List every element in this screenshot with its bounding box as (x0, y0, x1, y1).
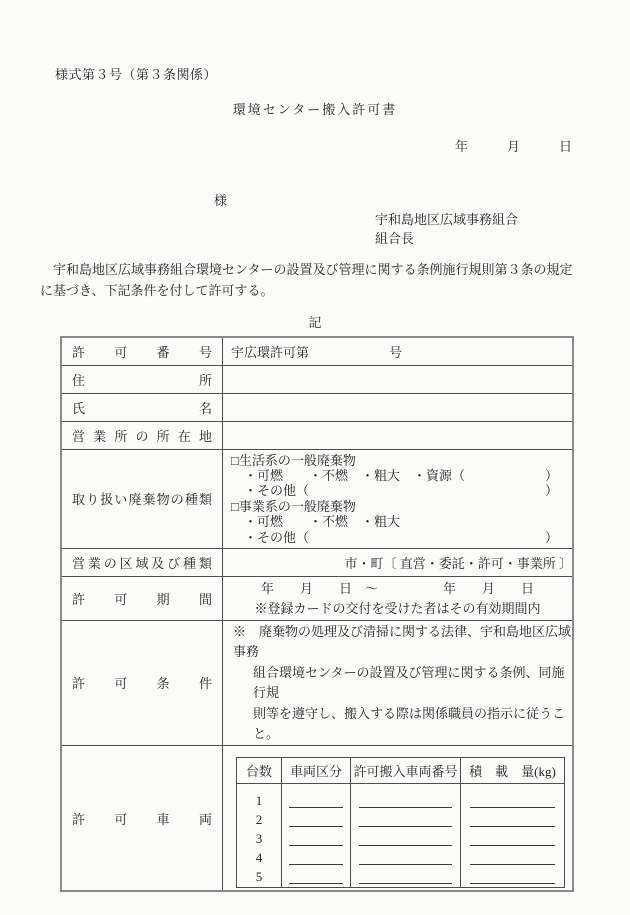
waste-business-line-2: ・その他（ ） (231, 530, 558, 545)
permit-number-label: 許可番号 (62, 342, 222, 361)
issuer-organization: 宇和島地区広域事務組合 (375, 209, 518, 228)
vehicle-class-blank (282, 848, 350, 867)
body-paragraph-line-1: 宇和島地区広域事務組合環境センターの設置及び管理に関する条例施行規則第３条の規定 (40, 259, 590, 280)
vehicle-row-number: 5 (237, 867, 281, 886)
vehicle-number-column: 1 2 3 4 5 (237, 783, 282, 887)
waste-household-heading: □生活系の一般廃棄物 (231, 453, 558, 468)
issue-date-line: 年 月 日 (455, 136, 572, 155)
vehicle-count-header: 台数 (237, 757, 282, 783)
permit-period-note: ※登録カードの交付を受けた者はその有効期間内 (223, 599, 572, 619)
vehicle-row-number: 3 (237, 829, 281, 848)
vehicle-load-blank (461, 791, 564, 810)
row-permitted-vehicles: 許可車両 台数 車両区分 許可搬入車両番号 積 載 量(kg) (61, 745, 573, 891)
name-value-cell (223, 393, 574, 421)
record-mark: 記 (0, 312, 630, 331)
row-office-location: 営業所の所在地 (61, 421, 573, 449)
vehicle-load-header: 積 載 量(kg) (461, 757, 565, 783)
permit-document-page: 様式第３号（第３条関係） 環境センター搬入許可書 年 月 日 様 宇和島地区広域… (0, 0, 630, 915)
waste-types-label: 取り扱い廃棄物の種類 (62, 489, 222, 508)
waste-household-line-1: ・可燃 ・不燃 ・粗大 ・資源（ ） (231, 468, 558, 483)
conditions-line-1: ※ 廃棄物の処理及び清掃に関する法律、宇和島地区広域事務 (223, 622, 572, 663)
vehicle-class-column (282, 783, 351, 887)
vehicle-plate-blank (351, 848, 460, 867)
vehicle-plate-blank (351, 867, 460, 886)
body-paragraph-line-2: に基づき、下記条件を付して許可する。 (40, 280, 590, 301)
vehicle-row-number: 1 (237, 791, 281, 810)
vehicle-plate-blank (351, 829, 460, 848)
vehicle-load-column (461, 783, 565, 887)
name-label: 氏名 (62, 398, 222, 417)
permit-conditions-text: ※ 廃棄物の処理及び清掃に関する法律、宇和島地区広域事務 組合環境センターの設置… (223, 621, 572, 745)
permit-period-dates: 年 月 日 ～ 年 月 日 (223, 579, 572, 599)
row-name: 氏名 (61, 393, 573, 421)
vehicle-load-blank (461, 829, 564, 848)
row-address: 住所 (61, 365, 573, 393)
body-paragraph: 宇和島地区広域事務組合環境センターの設置及び管理に関する条例施行規則第３条の規定… (40, 259, 590, 301)
waste-household-items-2: ・その他（ (231, 483, 309, 498)
permit-number-prefix: 宇広環許可第 (231, 342, 309, 361)
vehicle-table: 台数 車両区分 許可搬入車両番号 積 載 量(kg) 1 (236, 757, 565, 888)
vehicle-table-header-row: 台数 車両区分 許可搬入車両番号 積 載 量(kg) (237, 757, 565, 783)
row-business-area: 営業の区域及び種類 市・町〔 直営・委託・許可・事業所 〕 (61, 548, 573, 576)
permit-number-value-cell: 宇広環許可第 号 (223, 337, 574, 365)
office-location-value-cell (223, 421, 574, 449)
address-label: 住所 (62, 370, 222, 389)
vehicle-plate-column (351, 783, 461, 887)
waste-business-heading: □事業系の一般廃棄物 (231, 499, 558, 514)
row-permit-period: 許可期間 年 月 日 ～ 年 月 日 ※登録カードの交付を受けた者はその有効期間… (61, 576, 573, 620)
conditions-line-3: 則等を遵守し、搬入する際は関係職員の指示に従うこと。 (223, 704, 572, 745)
business-area-value-cell: 市・町〔 直営・委託・許可・事業所 〕 (223, 548, 574, 576)
waste-types-value-cell: □生活系の一般廃棄物 ・可燃 ・不燃 ・粗大 ・資源（ ） ・その他（ ） □事… (223, 449, 574, 548)
vehicle-class-blank (282, 791, 350, 810)
permitted-vehicles-value-cell: 台数 車両区分 許可搬入車両番号 積 載 量(kg) 1 (223, 745, 574, 891)
close-paren: ） (545, 530, 558, 545)
waste-business-line-1: ・可燃 ・不燃 ・粗大 (231, 514, 558, 529)
vehicle-class-blank (282, 829, 350, 848)
permit-period-value-cell: 年 月 日 ～ 年 月 日 ※登録カードの交付を受けた者はその有効期間内 (223, 576, 574, 620)
office-location-label: 営業所の所在地 (62, 426, 222, 445)
business-area-label: 営業の区域及び種類 (62, 553, 222, 572)
vehicle-class-blank (282, 810, 350, 829)
permit-conditions-value-cell: ※ 廃棄物の処理及び清掃に関する法律、宇和島地区広域事務 組合環境センターの設置… (223, 620, 574, 745)
permit-period-label: 許可期間 (62, 589, 222, 608)
conditions-line-2: 組合環境センターの設置及び管理に関する条例、同施行規 (223, 663, 572, 704)
vehicle-class-blank (282, 867, 350, 886)
row-permit-conditions: 許可条件 ※ 廃棄物の処理及び清掃に関する法律、宇和島地区広域事務 組合環境セン… (61, 620, 573, 745)
vehicle-row-number: 4 (237, 848, 281, 867)
waste-business-items-2: ・その他（ (231, 530, 309, 545)
vehicle-load-blank (461, 867, 564, 886)
permit-conditions-label: 許可条件 (62, 673, 222, 692)
vehicle-plate-blank (351, 810, 460, 829)
waste-types-list: □生活系の一般廃棄物 ・可燃 ・不燃 ・粗大 ・資源（ ） ・その他（ ） □事… (223, 450, 572, 548)
permit-number-suffix: 号 (389, 342, 402, 361)
document-title: 環境センター搬入許可書 (0, 99, 630, 118)
row-waste-types: 取り扱い廃棄物の種類 □生活系の一般廃棄物 ・可燃 ・不燃 ・粗大 ・資源（ ）… (61, 449, 573, 548)
vehicle-plate-blank (351, 791, 460, 810)
addressee-honorific: 様 (214, 190, 227, 209)
row-permit-number: 許可番号 宇広環許可第 号 (61, 337, 573, 365)
address-value-cell (223, 365, 574, 393)
close-paren: ） (545, 468, 558, 483)
issuer-title: 組合長 (375, 228, 414, 247)
waste-household-items-1: ・可燃 ・不燃 ・粗大 ・資源（ (231, 468, 465, 483)
vehicle-table-body-row: 1 2 3 4 5 (237, 783, 565, 887)
waste-household-line-2: ・その他（ ） (231, 483, 558, 498)
vehicle-load-blank (461, 848, 564, 867)
permitted-vehicles-label: 許可車両 (62, 809, 222, 828)
form-number: 様式第３号（第３条関係） (55, 64, 217, 83)
vehicle-plate-header: 許可搬入車両番号 (351, 757, 461, 783)
permit-form-table: 許可番号 宇広環許可第 号 住所 氏名 営業所の所在地 (60, 336, 574, 892)
vehicle-row-number: 2 (237, 810, 281, 829)
close-paren: ） (545, 483, 558, 498)
vehicle-load-blank (461, 810, 564, 829)
vehicle-class-header: 車両区分 (282, 757, 351, 783)
